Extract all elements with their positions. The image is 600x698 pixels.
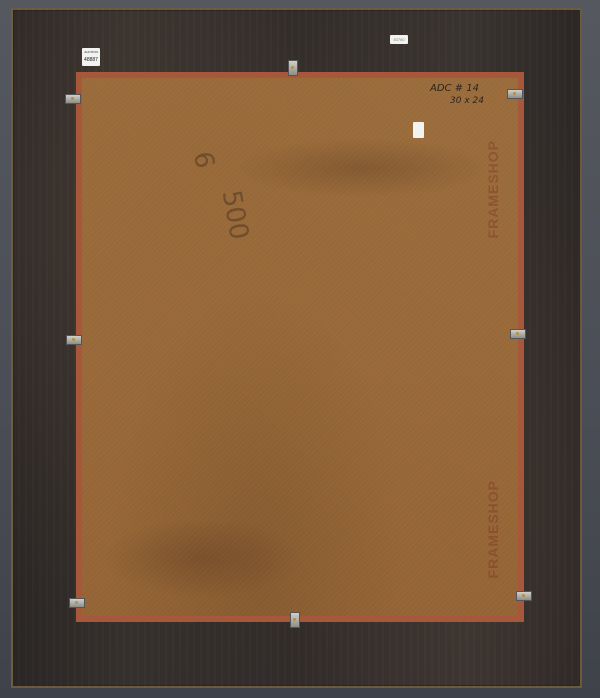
frame-tag: 83780 xyxy=(390,35,408,44)
backing-tag xyxy=(413,122,424,138)
retaining-clip-icon xyxy=(66,335,82,345)
inscription-line-2: 30 x 24 xyxy=(450,95,484,107)
water-stain xyxy=(102,518,302,598)
lot-number: 48887 xyxy=(82,57,100,64)
retaining-clip-icon xyxy=(69,598,85,608)
lot-label: AUCTION 48887 xyxy=(82,48,100,66)
framer-stamp-bottom: FRAMESHOP xyxy=(485,480,501,578)
inscription-line-1: ADC # 14 xyxy=(430,83,479,95)
retaining-clip-icon xyxy=(288,60,298,76)
retaining-clip-icon xyxy=(507,89,523,99)
water-stain xyxy=(232,138,492,198)
retaining-clip-icon xyxy=(65,94,81,104)
lot-label-header: AUCTION xyxy=(82,50,100,54)
retaining-clip-icon xyxy=(290,612,300,628)
framer-stamp-top: FRAMESHOP xyxy=(485,140,501,238)
retaining-clip-icon xyxy=(510,329,526,339)
paper-backing xyxy=(82,78,518,616)
retaining-clip-icon xyxy=(516,591,532,601)
